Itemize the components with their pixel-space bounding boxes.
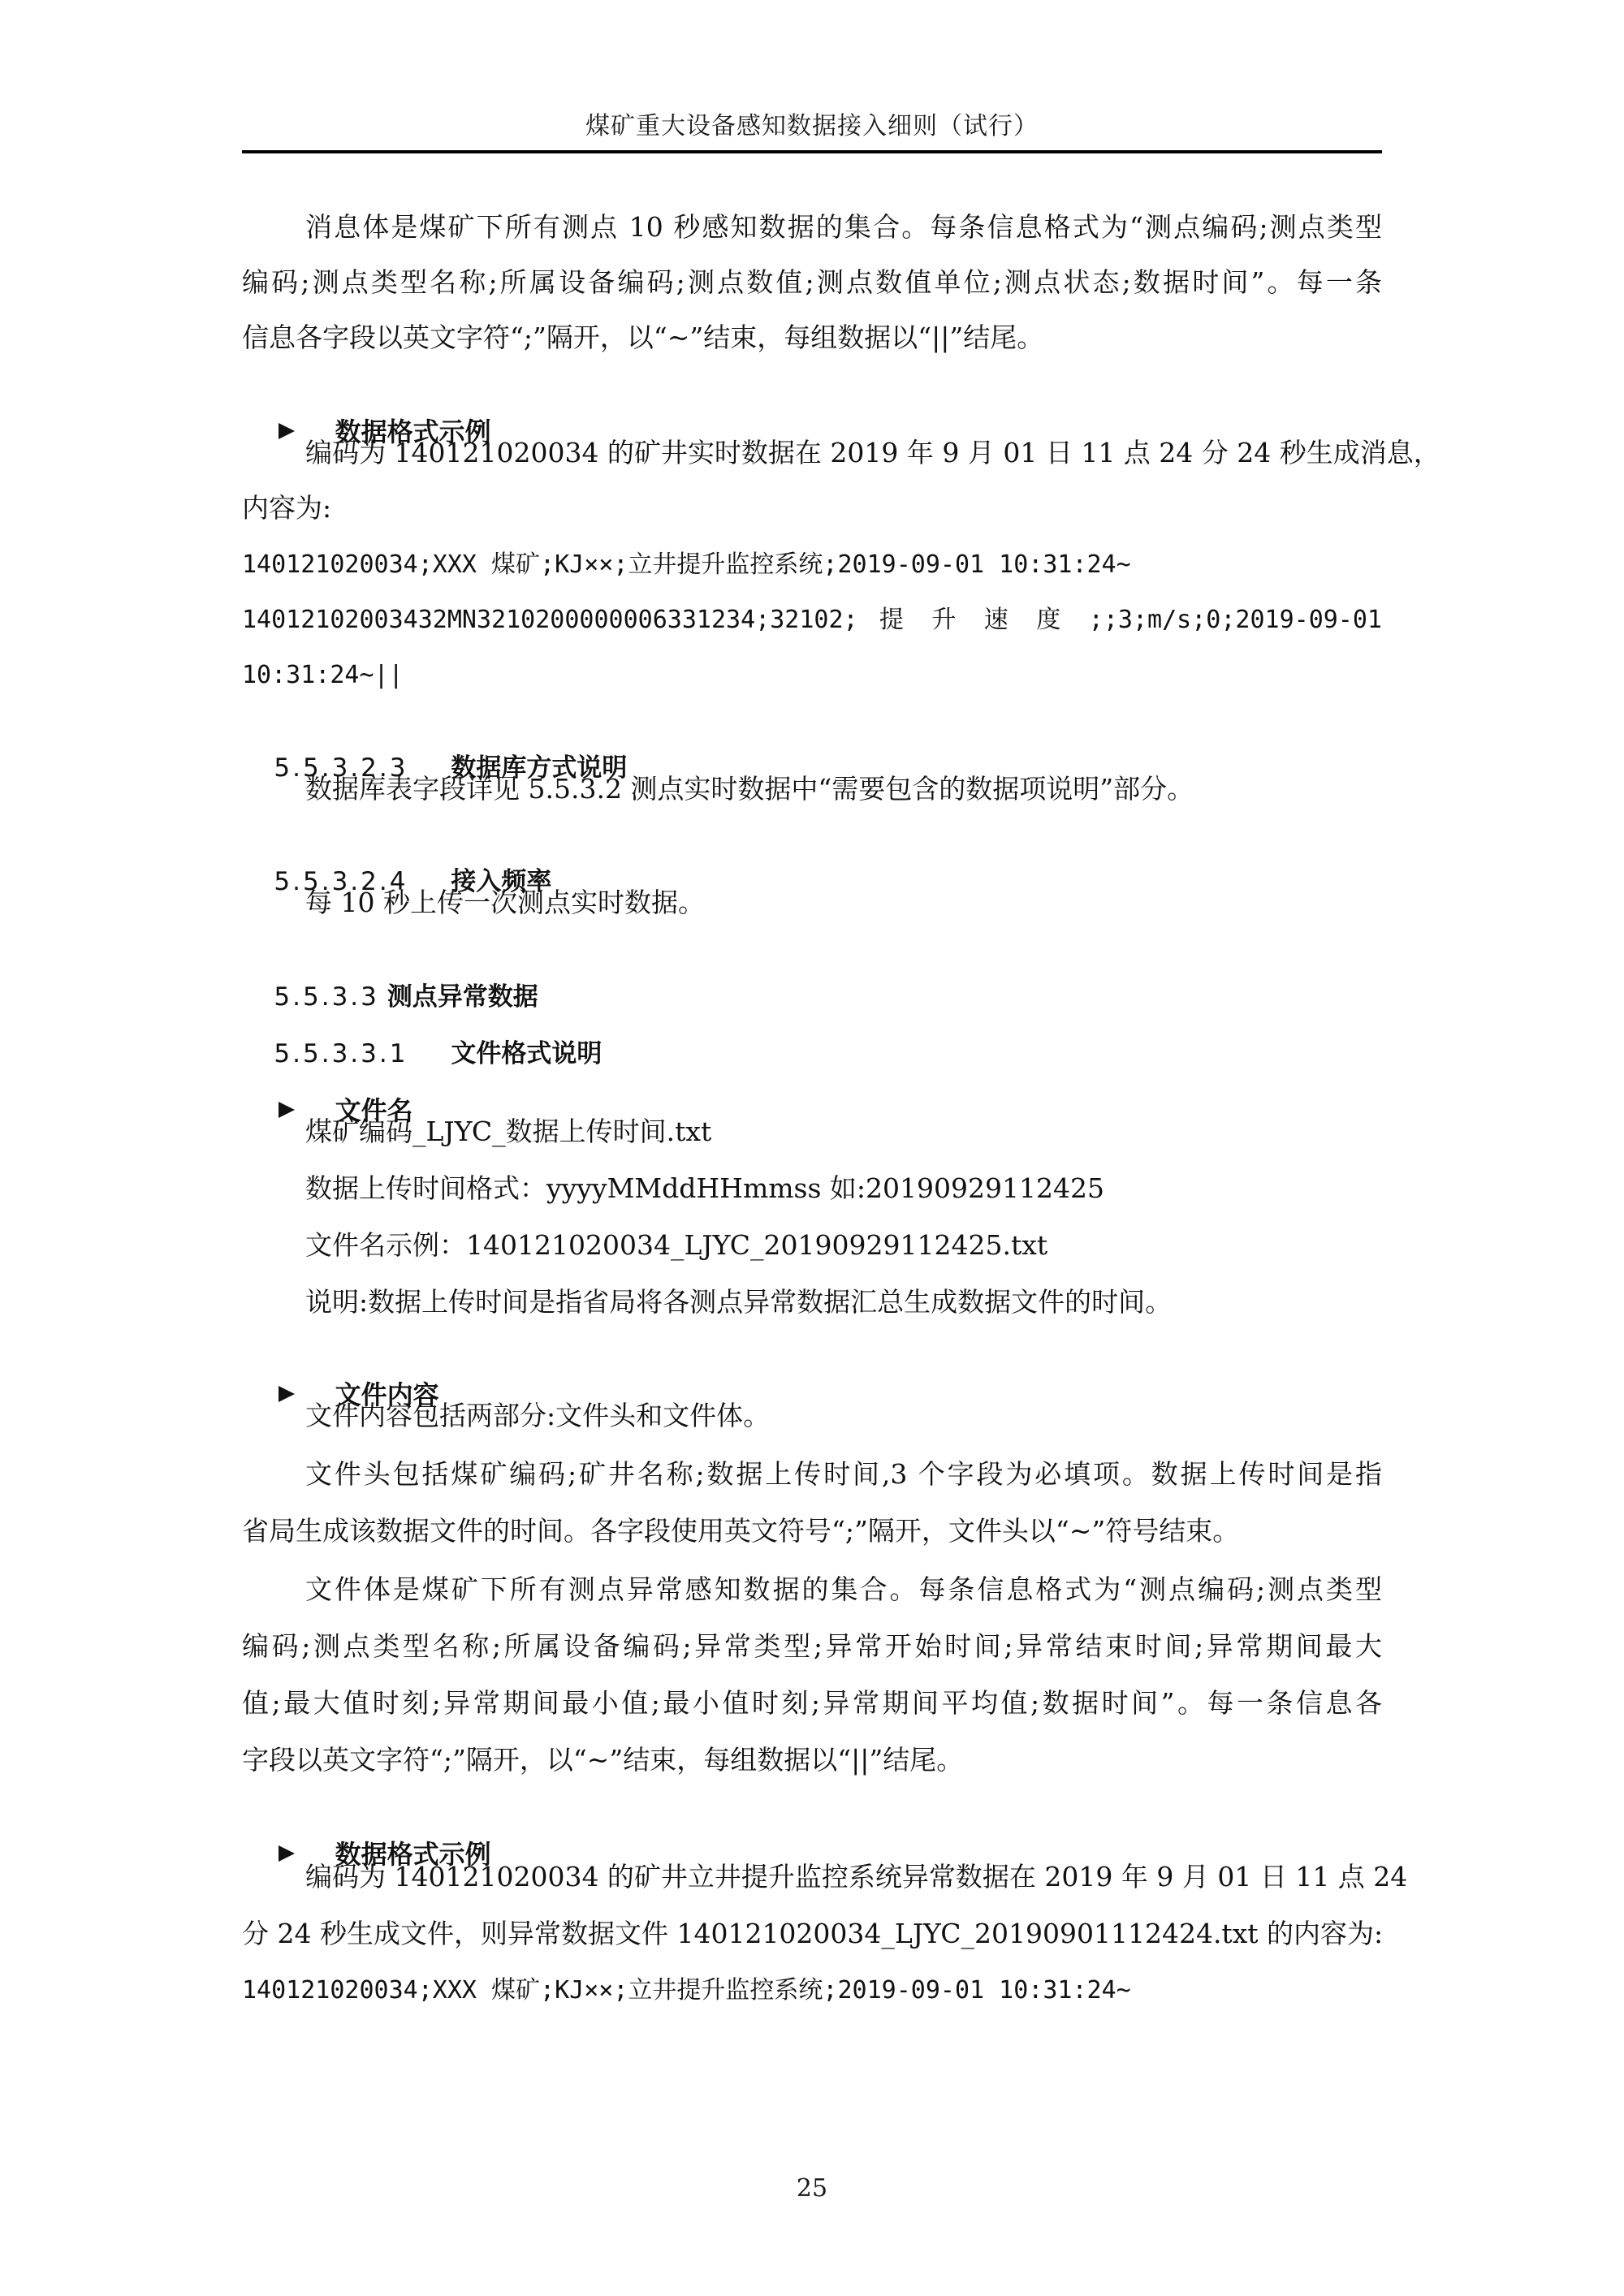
paragraph-line: 文件体是煤矿下所有测点异常感知数据的集合。每条信息格式为“测点编码;测点类型 xyxy=(305,1572,1382,1608)
code-line: 140121020034;XXX 煤矿;KJ××;立井提升监控系统;2019-0… xyxy=(242,547,1131,583)
paragraph-line: 编码;测点类型名称;所属设备编码;测点数值;测点数值单位;测点状态;数据时间”。… xyxy=(242,265,1382,300)
paragraph-line: 数据库表字段详见 5.5.3.2 测点实时数据中“需要包含的数据项说明”部分。 xyxy=(305,771,1194,807)
code-line: 10:31:24~|| xyxy=(242,658,404,693)
page-number: 25 xyxy=(0,2173,1624,2205)
arrowhead-bullet-icon xyxy=(279,1386,295,1402)
code-line: 14012102003432MN3210200000006331234;3210… xyxy=(242,602,1382,638)
code-line: 140121020034;XXX 煤矿;KJ××;立井提升监控系统;2019-0… xyxy=(242,1973,1131,2009)
paragraph-line: 编码为 140121020034 的矿井立井提升监控系统异常数据在 2019 年… xyxy=(305,1859,1382,1895)
section-label: 文件格式说明 xyxy=(451,1039,602,1068)
paragraph-line: 编码为 140121020034 的矿井实时数据在 2019 年 9 月 01 … xyxy=(305,435,1382,471)
paragraph-line: 分 24 秒生成文件，则异常数据文件 140121020034_LJYC_201… xyxy=(242,1916,1383,1952)
paragraph-line: 值;最大值时刻;异常期间最小值;最小值时刻;异常期间平均值;数据时间”。每一条信… xyxy=(242,1685,1382,1721)
arrowhead-bullet-icon xyxy=(279,1102,295,1118)
header-divider xyxy=(242,150,1382,153)
document-title: 煤矿重大设备感知数据接入细则（试行） xyxy=(242,110,1382,143)
paragraph-line: 信息各字段以英文字符“;”隔开，以“~”结束，每组数据以“||”结尾。 xyxy=(242,320,1043,356)
paragraph-line: 煤矿编码_LJYC_数据上传时间.txt xyxy=(305,1114,711,1150)
paragraph-line: 省局生成该数据文件的时间。各字段使用英文符号“;”隔开，文件头以“~”符号结束。 xyxy=(242,1513,1239,1549)
paragraph-line: 说明:数据上传时间是指省局将各测点异常数据汇总生成数据文件的时间。 xyxy=(305,1284,1172,1320)
arrowhead-bullet-icon xyxy=(279,423,295,439)
arrowhead-bullet-icon xyxy=(279,1845,295,1862)
paragraph-line: 文件名示例：140121020034_LJYC_20190929112425.t… xyxy=(305,1228,1047,1263)
paragraph-line: 消息体是煤矿下所有测点 10 秒感知数据的集合。每条信息格式为“测点编码;测点类… xyxy=(305,209,1382,245)
paragraph-line: 编码;测点类型名称;所属设备编码;异常类型;异常开始时间;异常结束时间;异常期间… xyxy=(242,1629,1382,1664)
paragraph-line: 文件头包括煤矿编码;矿井名称;数据上传时间,3 个字段为必填项。数据上传时间是指 xyxy=(305,1457,1382,1492)
paragraph-line: 文件内容包括两部分:文件头和文件体。 xyxy=(305,1398,770,1434)
paragraph-line: 数据上传时间格式：yyyyMMddHHmmss 如:20190929112425 xyxy=(305,1171,1104,1206)
paragraph-line: 内容为: xyxy=(242,490,331,526)
paragraph-line: 字段以英文字符“;”隔开，以“~”结束，每组数据以“||”结尾。 xyxy=(242,1742,963,1778)
paragraph-line: 每 10 秒上传一次测点实时数据。 xyxy=(305,885,705,921)
